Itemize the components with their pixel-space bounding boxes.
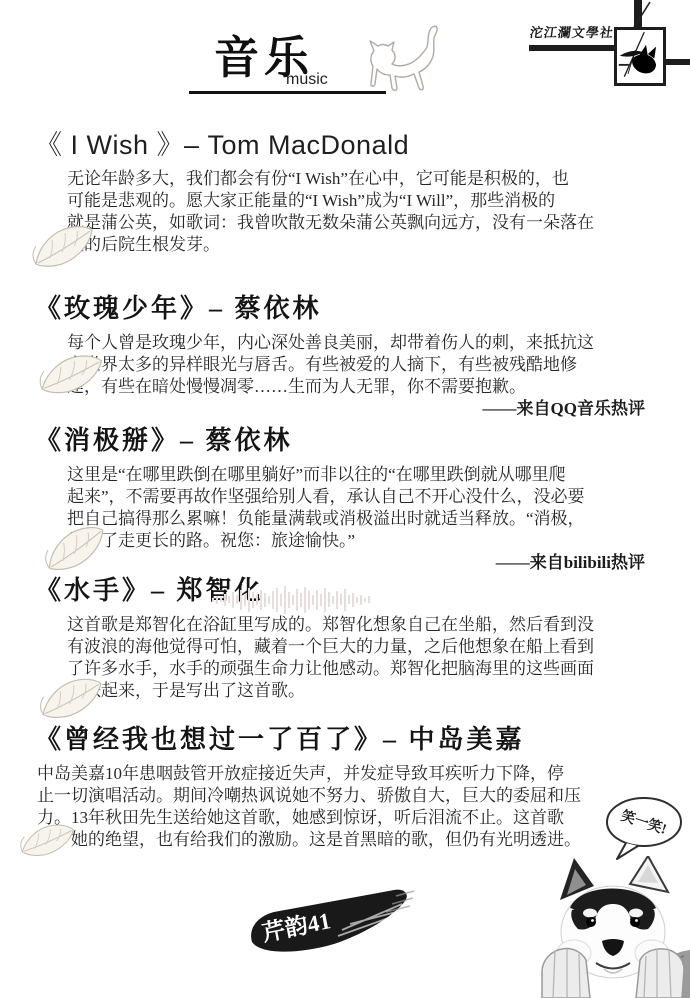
- speech-bubble: 笑一笑!: [602, 796, 686, 862]
- song-title: 《 I Wish 》– Tom MacDonald: [35, 128, 655, 162]
- ink-bamboo-corner-ornament: [614, 27, 666, 86]
- song-title: 《曾经我也想过一了百了》– 中岛美嘉: [35, 723, 655, 757]
- song-section-nakashima-mika: 《曾经我也想过一了百了》– 中岛美嘉 中岛美嘉10年患咽鼓管开放症接近失声，并发…: [35, 723, 655, 851]
- leaf-sketch-icon: [38, 349, 106, 399]
- magazine-page: 沱江瀾文學社 音乐 music 《 I Wish 》– Tom MacDonal…: [0, 0, 690, 998]
- audio-waveform-icon: [211, 582, 375, 618]
- ink-bamboo-icon: [617, 30, 657, 77]
- husky-dog-illustration: [534, 856, 690, 998]
- song-section-meigui-shaonian: 《玫瑰少年》– 蔡依林 每个人曾是玫瑰少年，内心深处善良美丽，却带着伤人的刺，来…: [35, 292, 655, 420]
- ink-brush-stamp: 芹韵41: [246, 886, 416, 964]
- walking-cat-icon: [334, 20, 446, 100]
- song-review: 中岛美嘉10年患咽鼓管开放症接近失声，并发症导致耳疾听力下降，停 止一切演唱活动…: [37, 763, 655, 851]
- song-review: 每个人曾是玫瑰少年，内心深处善良美丽，却带着伤人的刺，来抵抗这 个世界太多的异样…: [67, 332, 655, 398]
- leaf-sketch-icon: [43, 524, 110, 572]
- leaf-sketch-icon: [32, 224, 96, 268]
- column-subtitle: music: [286, 71, 328, 89]
- song-review: 这首歌是郑智化在浴缸里写成的。郑智化想象自己在坐船，然后看到没 有波浪的海他觉得…: [67, 614, 655, 702]
- review-attribution: ——来自QQ音乐热评: [35, 398, 655, 420]
- song-review: 这里是“在哪里跌倒在哪里躺好”而非以往的“在哪里跌倒就从哪里爬 起来”，不需要再…: [67, 464, 655, 552]
- song-section-i-wish: 《 I Wish 》– Tom MacDonald 无论年龄多大，我们都会有份“…: [35, 128, 655, 256]
- song-title: 《玫瑰少年》– 蔡依林: [35, 292, 655, 326]
- content: 《 I Wish 》– Tom MacDonald 无论年龄多大，我们都会有份“…: [35, 128, 655, 851]
- song-title: 《消极掰》– 蔡依林: [35, 424, 655, 458]
- song-review: 无论年龄多大，我们都会有份“I Wish”在心中，它可能是积极的，也 可能是悲观…: [67, 168, 655, 256]
- corner-horizontal-bar-right: [663, 59, 690, 65]
- leaf-sketch-icon: [39, 674, 105, 721]
- song-section-shuishou: 《水手》– 郑智化 这首歌是郑智化在浴缸里写成的。郑智化想象自己在坐船，然后看到…: [35, 574, 655, 702]
- song-section-xiaoji-bai: 《消极掰》– 蔡依林 这里是“在哪里跌倒在哪里躺好”而非以往的“在哪里跌倒就从哪…: [35, 424, 655, 574]
- corner-horizontal-bar-left: [529, 45, 615, 51]
- leaf-sketch-icon: [18, 818, 77, 863]
- review-attribution: ——来自bilibili热评: [35, 552, 655, 574]
